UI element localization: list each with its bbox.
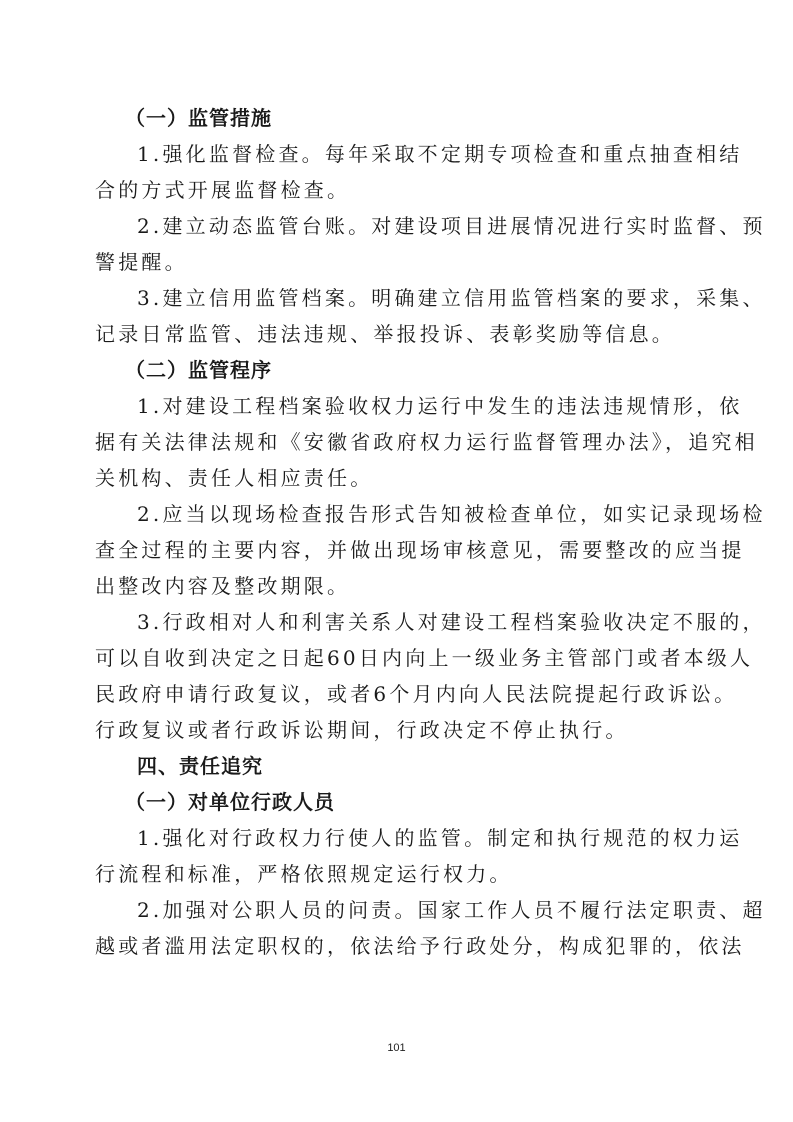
paragraph-line: 越或者滥用法定职权的，依法给予行政处分，构成犯罪的，依法 (95, 928, 703, 964)
paragraph-line: 1.强化对行政权力行使人的监管。制定和执行规范的权力运 (95, 820, 703, 856)
paragraph-line: 行流程和标准，严格依照规定运行权力。 (95, 856, 703, 892)
paragraph-line: 警提醒。 (95, 244, 703, 280)
paragraph-line: 民政府申请行政复议，或者6个月内向人民法院提起行政诉讼。 (95, 676, 703, 712)
paragraph-line: 1.对建设工程档案验收权力运行中发生的违法违规情形，依 (95, 388, 703, 424)
section-heading-accountability: 四、责任追究 (95, 748, 703, 784)
paragraph-line: 可以自收到决定之日起60日内向上一级业务主管部门或者本级人 (95, 640, 703, 676)
paragraph-line: 合的方式开展监督检查。 (95, 172, 703, 208)
paragraph-line: 3.行政相对人和利害关系人对建设工程档案验收决定不服的， (95, 604, 703, 640)
subsection-heading-administrative-staff: （一）对单位行政人员 (95, 784, 703, 820)
paragraph-line: 出整改内容及整改期限。 (95, 568, 703, 604)
document-body: （一）监管措施 1.强化监督检查。每年采取不定期专项检查和重点抽查相结 合的方式… (95, 100, 703, 964)
paragraph-line: 2.建立动态监管台账。对建设项目进展情况进行实时监督、预 (95, 208, 703, 244)
subsection-heading-supervision-measures: （一）监管措施 (95, 100, 703, 136)
paragraph-line: 行政复议或者行政诉讼期间，行政决定不停止执行。 (95, 712, 703, 748)
paragraph-line: 关机构、责任人相应责任。 (95, 460, 703, 496)
paragraph-line: 1.强化监督检查。每年采取不定期专项检查和重点抽查相结 (95, 136, 703, 172)
paragraph-line: 查全过程的主要内容，并做出现场审核意见，需要整改的应当提 (95, 532, 703, 568)
paragraph-line: 记录日常监管、违法违规、举报投诉、表彰奖励等信息。 (95, 316, 703, 352)
subsection-heading-supervision-procedure: （二）监管程序 (95, 352, 703, 388)
paragraph-line: 2.应当以现场检查报告形式告知被检查单位，如实记录现场检 (95, 496, 703, 532)
page-number: 101 (0, 1042, 793, 1054)
paragraph-line: 3.建立信用监管档案。明确建立信用监管档案的要求，采集、 (95, 280, 703, 316)
paragraph-line: 据有关法律法规和《安徽省政府权力运行监督管理办法》，追究相 (95, 424, 703, 460)
paragraph-line: 2.加强对公职人员的问责。国家工作人员不履行法定职责、超 (95, 892, 703, 928)
